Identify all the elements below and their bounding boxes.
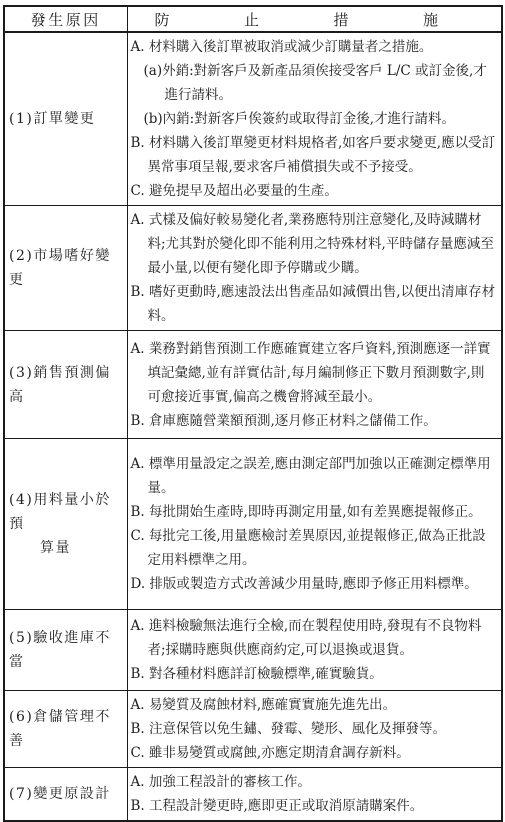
- measure-item: B. 注意保管以免生鏽、發霉、變形、風化及揮發等。: [131, 717, 498, 741]
- measure-item: C. 每批完工後,用量應檢討差異原因,並提報修正,做為正批設定用料標準之用。: [131, 524, 498, 572]
- measure-item: A. 材料購入後訂單被取消或減少訂購量者之措施。: [131, 35, 498, 59]
- table-row: (1)訂單變更 A. 材料購入後訂單被取消或減少訂購量者之措施。(a)外銷:對新…: [4, 32, 502, 206]
- measures-cell: A. 標準用量設定之誤差,應由測定部門加強以正確測定標準用量。B. 每批開始生產…: [127, 439, 502, 610]
- table-header: 發生原因 防 止 措 施: [4, 6, 502, 32]
- table-body: (1)訂單變更 A. 材料購入後訂單被取消或減少訂購量者之措施。(a)外銷:對新…: [4, 32, 502, 821]
- cause-cell: (1)訂單變更: [4, 32, 127, 206]
- measures-cell: A. 加強工程設計的審核工作。B. 工程設計變更時,應即更正或取消原請購案件。: [127, 768, 502, 822]
- cause-cell: (5)驗收進庫不當: [4, 610, 127, 691]
- measure-item: A. 業務對銷售預測工作應確實建立客戶資料,預測應逐一詳實填記彙總,並有詳實估計…: [131, 337, 498, 409]
- measure-item: B. 對各種材料應詳訂檢驗標準,確實驗貨。: [131, 662, 498, 686]
- measure-item: C. 雖非易變質或腐蝕,亦應定期清倉調存新料。: [131, 741, 498, 765]
- measure-item: A. 進料檢驗無法進行全檢,而在製程使用時,發現有不良物料者;採購時應與供應商約…: [131, 614, 498, 662]
- cause-cell: (3)銷售預測偏高: [4, 331, 127, 439]
- prevention-header-char: 施: [423, 9, 438, 30]
- measure-item: B. 倉庫應隨營業額預測,逐月修正材料之儲備工作。: [131, 409, 498, 433]
- measure-item: B. 嗜好更動時,應速設法出售產品如減價出售,以便出清庫存材料。: [131, 280, 498, 328]
- table-row: (7)變更原設計 A. 加強工程設計的審核工作。B. 工程設計變更時,應即更正或…: [4, 768, 502, 822]
- column-header-prevention: 防 止 措 施: [127, 6, 502, 32]
- table-row: (5)驗收進庫不當 A. 進料檢驗無法進行全檢,而在製程使用時,發現有不良物料者…: [4, 610, 502, 691]
- table-row: (2)市場嗜好變更 A. 式樣及偏好較易變化者,業務應特別注意變化,及時減購材料…: [4, 206, 502, 331]
- measure-item: D. 排版或製造方式改善減少用量時,應即予修正用料標準。: [131, 572, 498, 596]
- measures-cell: A. 易變質及腐蝕材料,應確實實施先進先出。B. 注意保管以免生鏽、發霉、變形、…: [127, 691, 502, 768]
- table-row: (4)用料量小於預 算量 A. 標準用量設定之誤差,應由測定部門加強以正確測定標…: [4, 439, 502, 610]
- measure-item: B. 每批開始生產時,即時再測定用量,如有差異應提報修正。: [131, 500, 498, 524]
- measures-cell: A. 進料檢驗無法進行全檢,而在製程使用時,發現有不良物料者;採購時應與供應商約…: [127, 610, 502, 691]
- measure-item: (b)內銷:對新客戶俟簽約或取得訂金後,才進行請料。: [144, 107, 498, 131]
- measure-item: A. 易變質及腐蝕材料,應確實實施先進先出。: [131, 693, 498, 717]
- column-header-cause: 發生原因: [4, 6, 127, 32]
- measures-cell: A. 式樣及偏好較易變化者,業務應特別注意變化,及時減購材料;尤其對於變化即不能…: [127, 206, 502, 331]
- measures-cell: A. 業務對銷售預測工作應確實建立客戶資料,預測應逐一詳實填記彙總,並有詳實估計…: [127, 331, 502, 439]
- cause-cell: (4)用料量小於預 算量: [4, 439, 127, 610]
- header-row: 發生原因 防 止 措 施: [4, 6, 502, 32]
- measures-cell: A. 材料購入後訂單被取消或減少訂購量者之措施。(a)外銷:對新客戶及新產品須俟…: [127, 32, 502, 206]
- prevention-header-char: 措: [333, 9, 348, 30]
- measure-item: B. 工程設計變更時,應即更正或取消原請購案件。: [131, 794, 498, 818]
- measure-item: A. 加強工程設計的審核工作。: [131, 770, 498, 794]
- prevention-header-chars: 防 止 措 施: [129, 9, 501, 30]
- prevention-header-char: 防: [155, 9, 170, 30]
- table-row: (6)倉儲管理不善 A. 易變質及腐蝕材料,應確實實施先進先出。B. 注意保管以…: [4, 691, 502, 768]
- measure-item: B. 材料購入後訂單變更材料規格者,如客戶要求變更,應以受訂異常事項呈報,要求客…: [131, 131, 498, 179]
- prevention-measures-table: 發生原因 防 止 措 施 (1)訂單變更 A. 材料購入後訂單被取消或減少訂購量…: [3, 5, 503, 822]
- measure-item: A. 式樣及偏好較易變化者,業務應特別注意變化,及時減購材料;尤其對於變化即不能…: [131, 208, 498, 280]
- prevention-header-char: 止: [244, 9, 259, 30]
- table-row: (3)銷售預測偏高 A. 業務對銷售預測工作應確實建立客戶資料,預測應逐一詳實填…: [4, 331, 502, 439]
- measure-item: (a)外銷:對新客戶及新產品須俟接受客戶 L/C 或訂金後,才進行請料。: [144, 59, 498, 107]
- document-page: 發生原因 防 止 措 施 (1)訂單變更 A. 材料購入後訂單被取消或減少訂購量…: [0, 0, 505, 800]
- cause-cell: (2)市場嗜好變更: [4, 206, 127, 331]
- cause-cell: (6)倉儲管理不善: [4, 691, 127, 768]
- measure-item: C. 避免提早及超出必要量的生產。: [131, 179, 498, 203]
- cause-cell: (7)變更原設計: [4, 768, 127, 822]
- measure-item: A. 標準用量設定之誤差,應由測定部門加強以正確測定標準用量。: [131, 452, 498, 500]
